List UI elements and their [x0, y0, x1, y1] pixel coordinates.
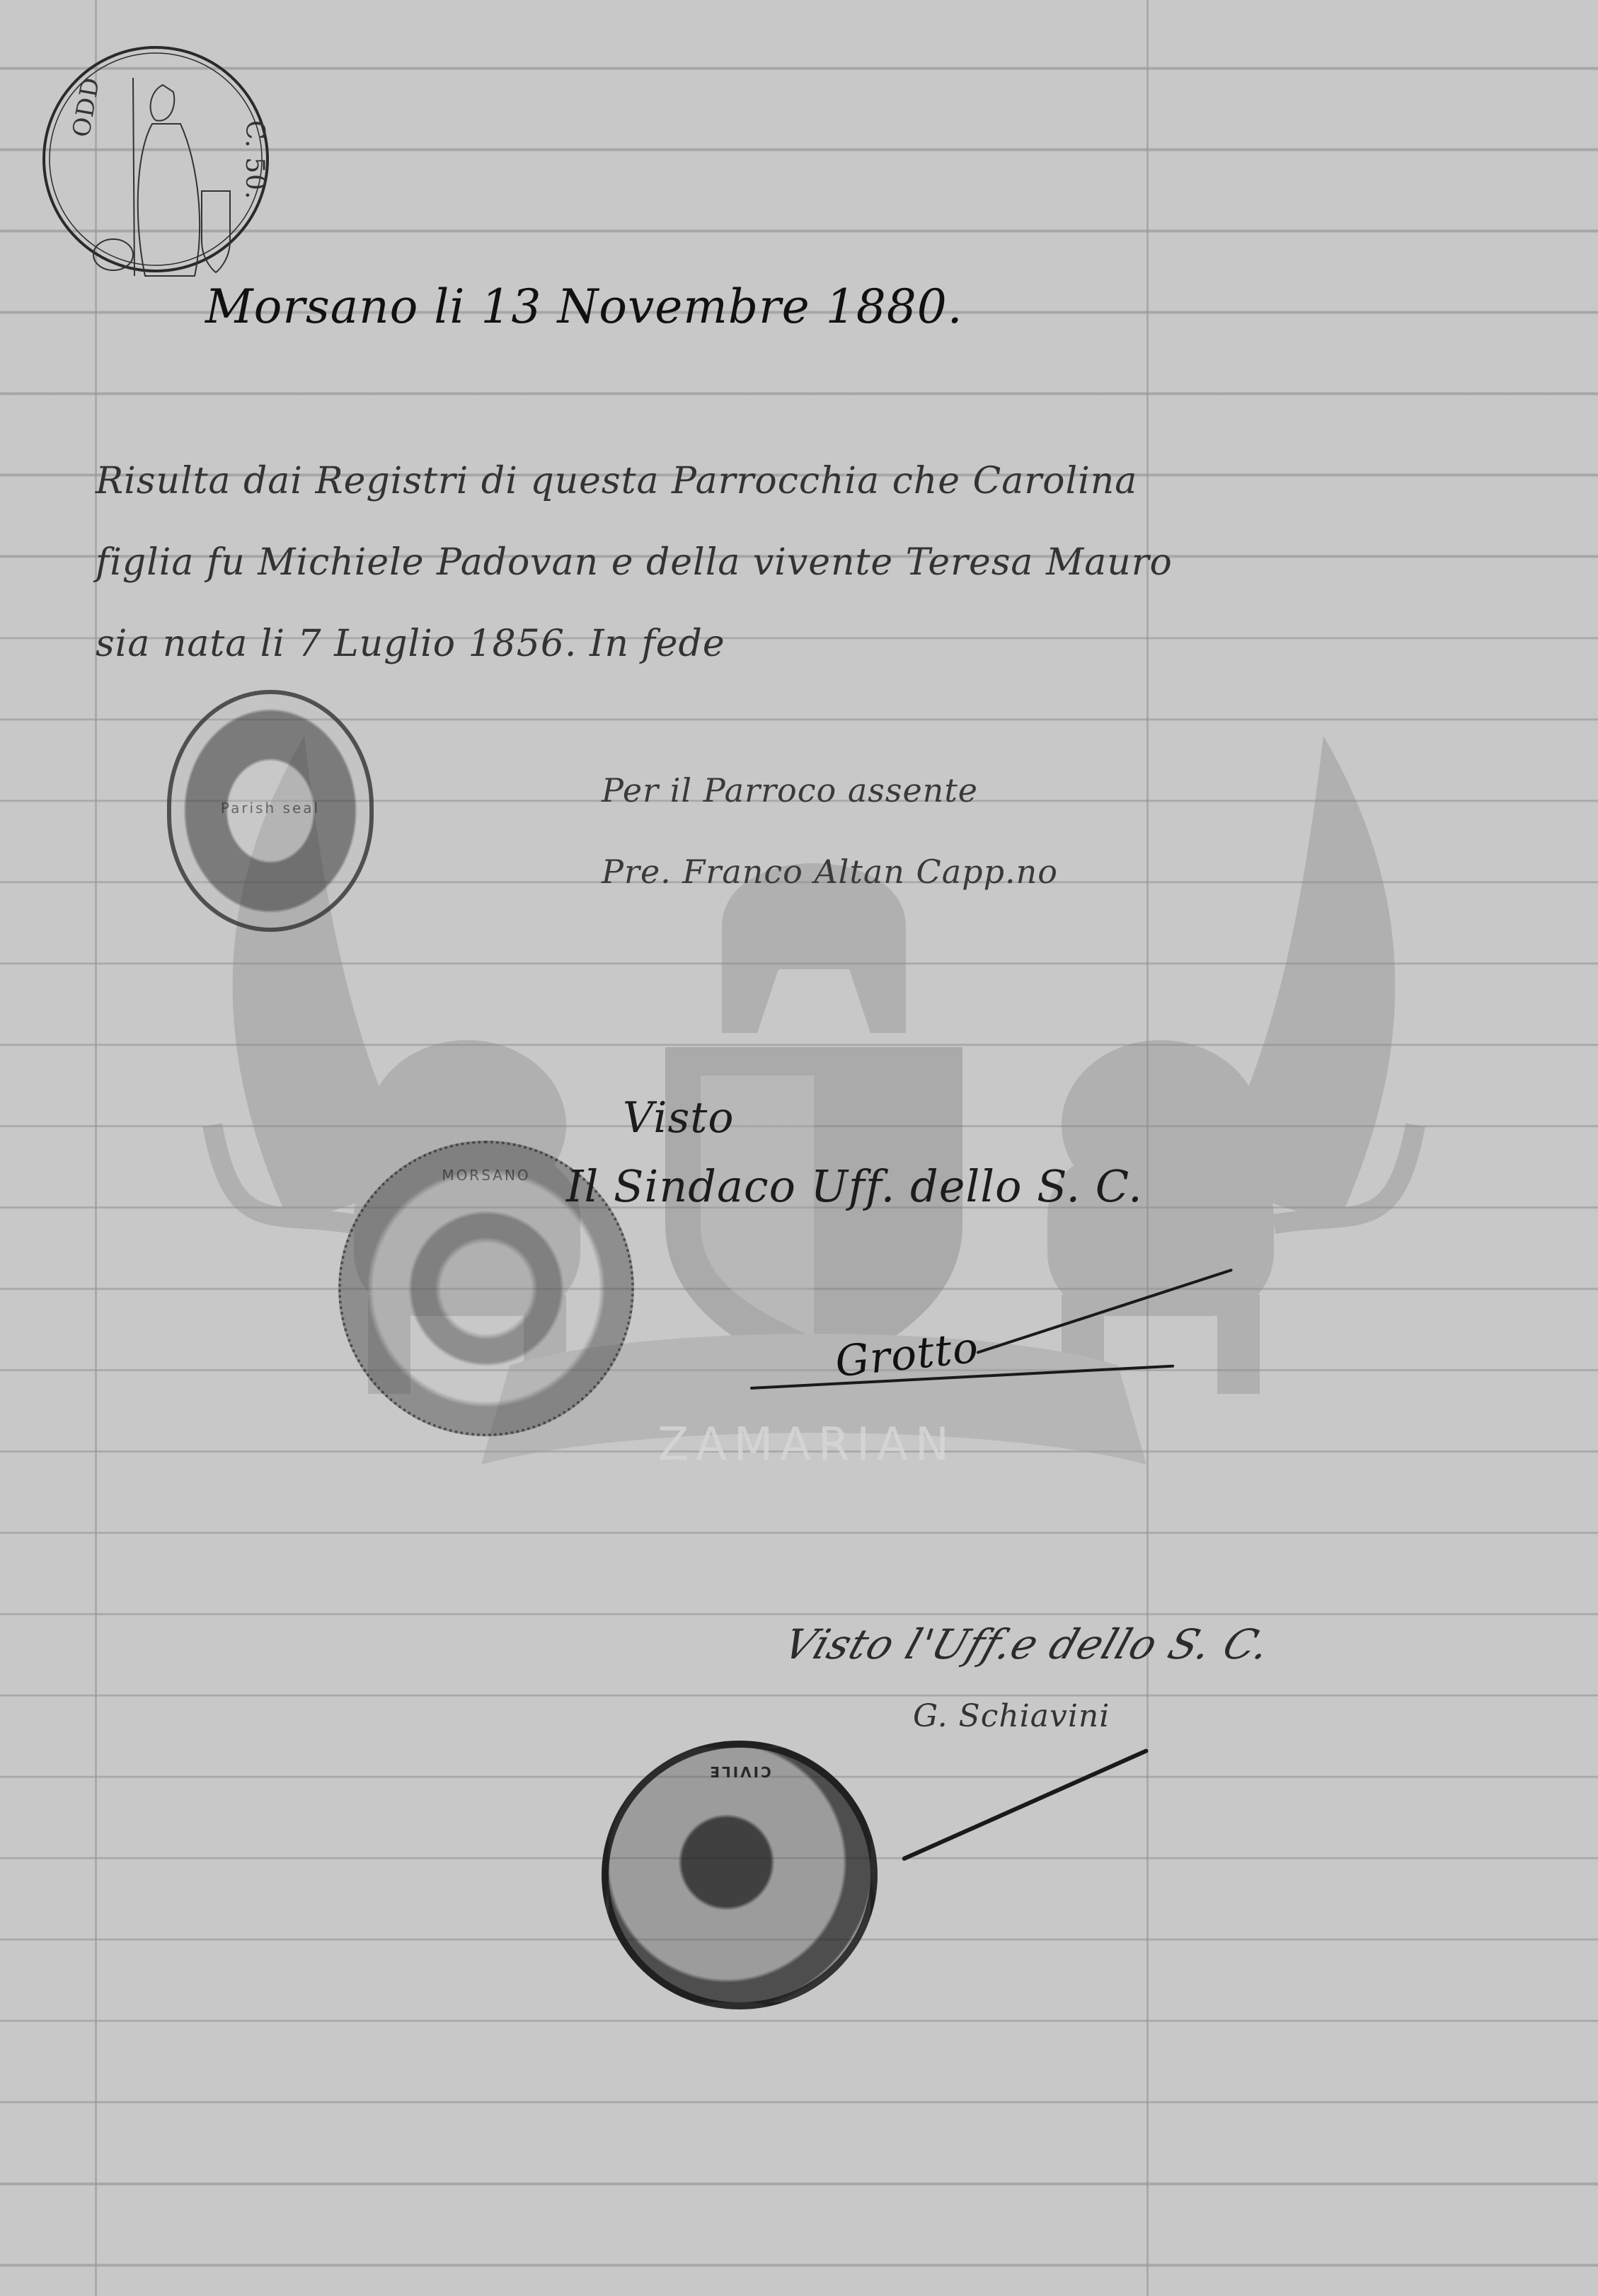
body-line-2: figlia fu Michiele Padovan e della viven… [96, 541, 1173, 584]
left-margin-line [95, 0, 97, 2296]
body-line-1: Risulta dai Registri di questa Parrocchi… [96, 460, 1137, 502]
parish-seal: Parish seal [167, 690, 374, 932]
visto-label: Visto [623, 1093, 735, 1143]
right-margin-line [1146, 0, 1149, 2296]
second-visto-text: Visto l'Uff.e dello S. C. [778, 1620, 1277, 1668]
civile-seal-label: CIVILE [609, 1763, 870, 1780]
sindaco-title: Il Sindaco Uff. dello S. C. [566, 1160, 1143, 1212]
place-date: Morsano li 13 Novembre 1880. [205, 279, 963, 334]
civile-seal: CIVILE [602, 1741, 878, 2009]
body-line-3: sia nata li 7 Luglio 1856. In fede [96, 623, 725, 665]
revenue-stamp: ODD C. 50. [28, 28, 283, 283]
watermark-text: ZAMARIAN [623, 1419, 991, 1471]
parish-signature-line-1: Per il Parroco assente [602, 771, 978, 809]
parish-seal-label: Parish seal [171, 800, 369, 817]
second-signature: G. Schiavini [913, 1698, 1110, 1734]
stamp-value: C. 50. [240, 120, 269, 200]
parish-signature-line-2: Pre. Franco Altan Capp.no [602, 853, 1058, 891]
